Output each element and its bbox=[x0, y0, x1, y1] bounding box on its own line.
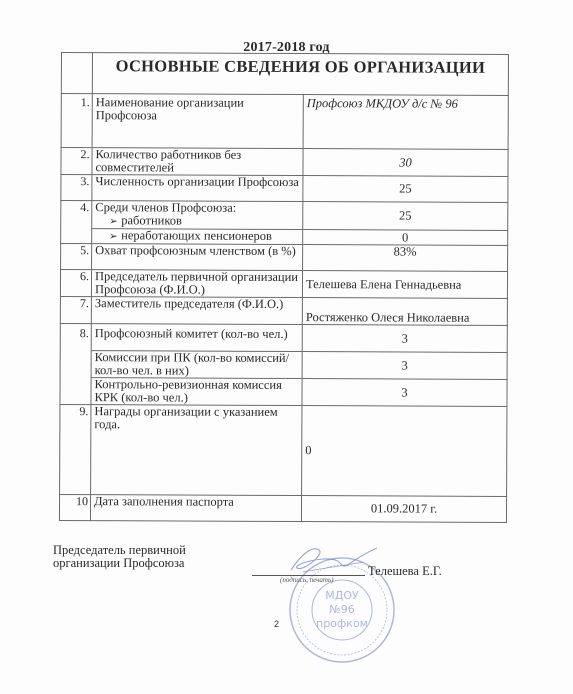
table-row: 10 Дата заполнения паспорта 01.09.2017 г… bbox=[59, 494, 506, 522]
row-value: Телешева Елена Геннадьевна bbox=[302, 271, 507, 299]
row-label: Наименование организации Профсоюза bbox=[92, 94, 303, 149]
row-label: Председатель первичной организации Профс… bbox=[91, 270, 302, 298]
row-label: Среди членов Профсоюза: ➢работников bbox=[92, 201, 303, 230]
document-page: 2017-2018 год ОСНОВНЫЕ СВЕДЕНИЯ ОБ ОРГАН… bbox=[0, 0, 573, 694]
row-label: Численность организации Профсоюза bbox=[92, 175, 303, 202]
row-value: 01.09.2017 г. bbox=[301, 496, 506, 523]
row-value: Ростяженко Олеся Николаевна bbox=[302, 298, 507, 326]
row-value: 0 bbox=[303, 230, 508, 246]
row-number: 8. bbox=[60, 323, 91, 404]
table-row: Комиссии при ПК (кол-во комиссий/ кол-во… bbox=[60, 350, 507, 379]
row-value: 3 bbox=[302, 352, 507, 380]
row-value: 0 bbox=[302, 406, 507, 497]
svg-text:МДОУ: МДОУ bbox=[325, 589, 359, 602]
row-value: Профсоюз МКДОУ д/с № 96 bbox=[303, 95, 508, 150]
table-title: ОСНОВНЫЕ СВЕДЕНИЯ ОБ ОРГАНИЗАЦИИ bbox=[92, 53, 508, 96]
organization-info-table: ОСНОВНЫЕ СВЕДЕНИЯ ОБ ОРГАНИЗАЦИИ 1. Наим… bbox=[59, 52, 509, 523]
row-value: 3 bbox=[302, 325, 507, 353]
signer-name: Телешева Е.Г. bbox=[368, 564, 442, 579]
table-row: 1. Наименование организации Профсоюза Пр… bbox=[61, 94, 508, 150]
row-label: ➢неработающих пенсионеров bbox=[92, 229, 303, 245]
row-value: 25 bbox=[303, 202, 508, 231]
table-row: 7. Заместитель председателя (Ф.И.О.) Рос… bbox=[60, 296, 507, 325]
row-number: 2. bbox=[61, 148, 92, 175]
row-number: 5. bbox=[61, 244, 92, 270]
table-row: 8. Профсоюзный комитет (кол-во чел.) 3 bbox=[60, 323, 507, 352]
table-title-row: ОСНОВНЫЕ СВЕДЕНИЯ ОБ ОРГАНИЗАЦИИ bbox=[61, 53, 508, 96]
row-number: 9. bbox=[60, 404, 91, 494]
signature-caption: (подпись, печать) bbox=[280, 576, 334, 584]
page-number: 2 bbox=[274, 619, 279, 629]
bullet-item: ➢работников bbox=[95, 214, 299, 229]
table-row: Контрольно-ревизионная комиссия КРК (кол… bbox=[60, 377, 507, 406]
row-label: Комиссии при ПК (кол-во комиссий/ кол-во… bbox=[91, 351, 302, 379]
table-row: 3. Численность организации Профсоюза 25 bbox=[61, 175, 508, 203]
table-row: 9. Награды организации с указанием года.… bbox=[60, 404, 507, 496]
row-label: Награды организации с указанием года. bbox=[91, 405, 302, 496]
row-label: Контрольно-ревизионная комиссия КРК (кол… bbox=[91, 378, 302, 406]
row-value: 30 bbox=[303, 149, 508, 177]
arrow-bullet-icon: ➢ bbox=[109, 215, 121, 228]
row-label: Дата заполнения паспорта bbox=[90, 495, 301, 522]
row-label: Заместитель председателя (Ф.И.О.) bbox=[91, 297, 302, 325]
row-value: 25 bbox=[303, 176, 508, 203]
row-label: Количество работников без совместителей bbox=[92, 148, 303, 176]
row-number: 1. bbox=[61, 94, 92, 148]
arrow-bullet-icon: ➢ bbox=[109, 230, 121, 243]
bullet-item: ➢неработающих пенсионеров bbox=[95, 229, 299, 244]
svg-text:№96: №96 bbox=[329, 603, 354, 616]
svg-text:профком: профком bbox=[316, 617, 368, 630]
row-number: 3. bbox=[61, 175, 92, 201]
row-value: 83% bbox=[303, 245, 508, 272]
row-value: 3 bbox=[302, 379, 507, 407]
row-number: 4. bbox=[61, 201, 92, 244]
table-row: 5. Охват профсоюзным членством (в %) 83% bbox=[61, 244, 508, 272]
row-number: 6. bbox=[60, 270, 91, 297]
chair-title: Председатель первичной организации Профс… bbox=[53, 544, 186, 570]
row-label: Охват профсоюзным членством (в %) bbox=[92, 244, 303, 271]
table-row: 2. Количество работников без совместител… bbox=[61, 148, 508, 177]
table-row: 6. Председатель первичной организации Пр… bbox=[60, 270, 507, 299]
row-number: 7. bbox=[60, 296, 91, 323]
table-row: 4. Среди членов Профсоюза: ➢работников 2… bbox=[61, 201, 508, 231]
row-number: 10 bbox=[59, 494, 90, 520]
row-label: Профсоюзный комитет (кол-во чел.) bbox=[91, 324, 302, 352]
